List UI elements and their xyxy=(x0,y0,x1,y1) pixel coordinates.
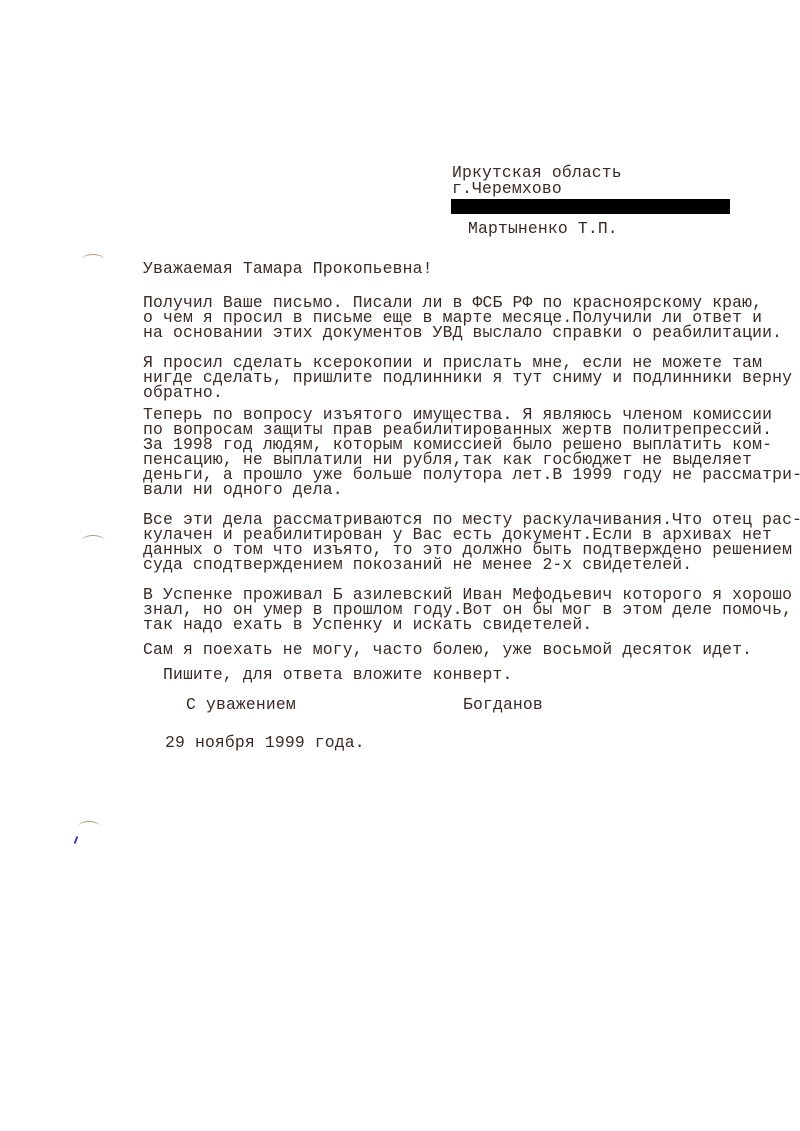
body-line: Сам я поехать не могу, часто болею, уже … xyxy=(143,643,752,657)
ink-speck xyxy=(74,836,79,844)
body-line: вали ни одного дела. xyxy=(143,483,343,497)
margin-mark xyxy=(82,535,104,546)
signature: Богданов xyxy=(463,698,543,712)
body-line: суда сподтверждением покозаний не менее … xyxy=(143,558,692,572)
margin-mark xyxy=(82,254,104,265)
body-line: нигде сделать, пришлите подлинники я тут… xyxy=(143,371,792,385)
redaction-bar xyxy=(451,199,730,214)
recipient-name: Мартыненко Т.П. xyxy=(468,222,618,236)
closing: С уважением xyxy=(186,698,296,712)
typewritten-letter: Иркутская область г.Черемхово Мартыненко… xyxy=(0,0,800,1131)
address-city: г.Черемхово xyxy=(452,182,562,196)
body-line: так надо ехать в Успенку и искать свидет… xyxy=(143,618,592,632)
margin-mark xyxy=(78,821,100,832)
salutation: Уважаемая Тамара Прокопьевна! xyxy=(143,262,433,276)
address-region: Иркутская область xyxy=(452,166,622,180)
body-line: на основании этих документов УВД выслало… xyxy=(143,326,782,340)
body-line: обратно. xyxy=(143,386,223,400)
date: 29 ноября 1999 года. xyxy=(165,736,365,750)
body-line: Пишите, для ответа вложите конверт. xyxy=(143,668,512,682)
